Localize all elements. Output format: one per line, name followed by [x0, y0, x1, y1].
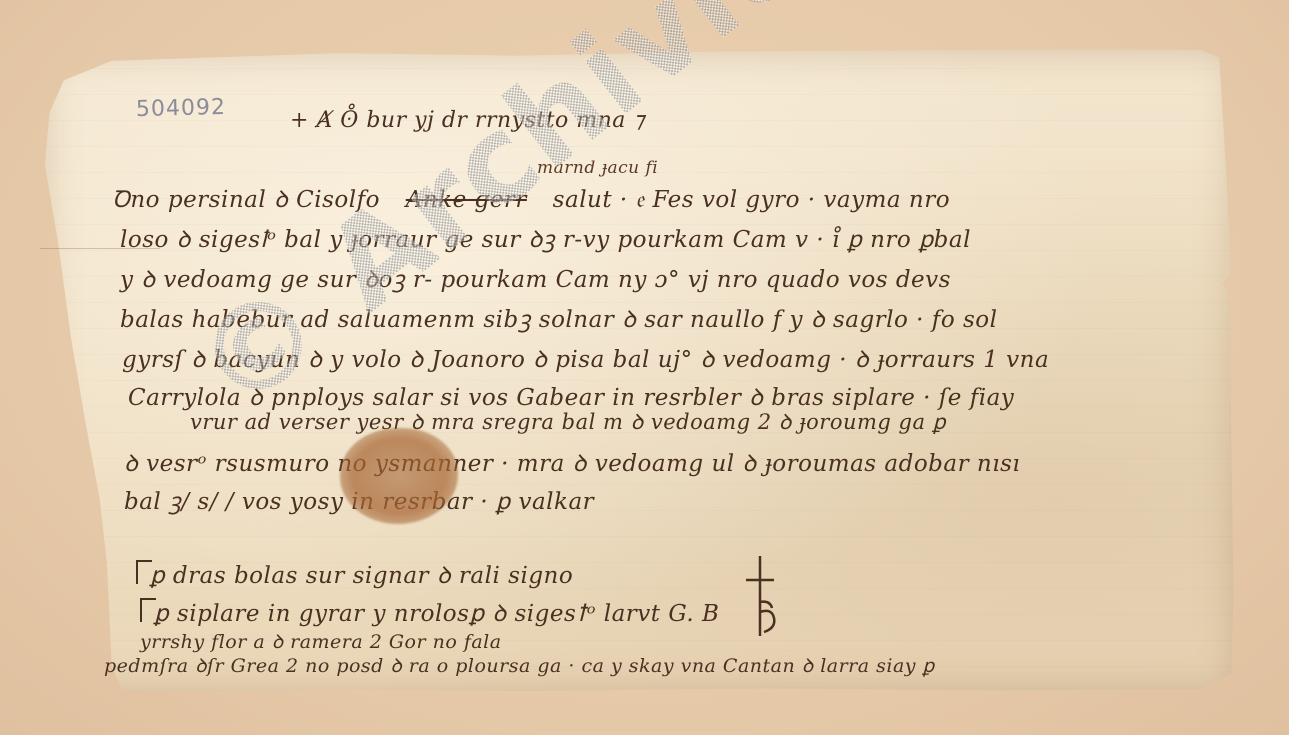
body-line: y ꝺ vedoamg ge sur ꝺoꝫ r- pourkam Cam ny…	[120, 262, 951, 294]
interlinear-correction: marnd ɟacu fi	[537, 158, 658, 178]
body-line: balas habebur ad saluamenm sibꝫ solnar ꝺ…	[120, 302, 997, 334]
merchant-mark-icon	[738, 556, 798, 646]
body-line-opening: Ꝺno persinal ꝺ Cisolfo	[112, 187, 380, 213]
letter-heading: + Ⱥ ʘ̊ bur yj dr rrnystto mna ⁊	[290, 108, 645, 133]
body-line: ꝺ vesrᵒ rsusmuro no ysmanner · mra ꝺ ved…	[124, 446, 1020, 478]
postscript-line: ꝑ dras bolas sur signar ꝺ rali signo	[150, 558, 573, 590]
postscript-line: yrrshy flor a ꝺ ramera 2 Gor no fala	[140, 628, 502, 654]
struck-words: Anke ɡerr	[406, 187, 527, 213]
body-line: gyrsſ ꝺ bacyun ꝺ y volo ꝺ Joanoro ꝺ pisa…	[122, 342, 1049, 374]
postscript-line: pedmſra ꝺſr Grea 2 no posd ꝺ ra o plours…	[104, 652, 935, 678]
body-line: vrur ad verser yesr ꝺ mra sregra bal m ꝺ…	[190, 408, 946, 436]
body-line-salutation: salut · 𝔢 Fes vol gyro · vayma nro	[553, 187, 950, 213]
catalog-number: 504092	[136, 95, 227, 122]
ink-stain	[340, 428, 458, 524]
body-line: loso ꝺ sigesꝉᵒ bal y ɟorraur ge sur ꝺꝫ r…	[120, 222, 971, 254]
postscript-line: ꝑ siplare in gyrar y nrolosꝑ ꝺ sigesꝉᵒ l…	[154, 596, 719, 628]
